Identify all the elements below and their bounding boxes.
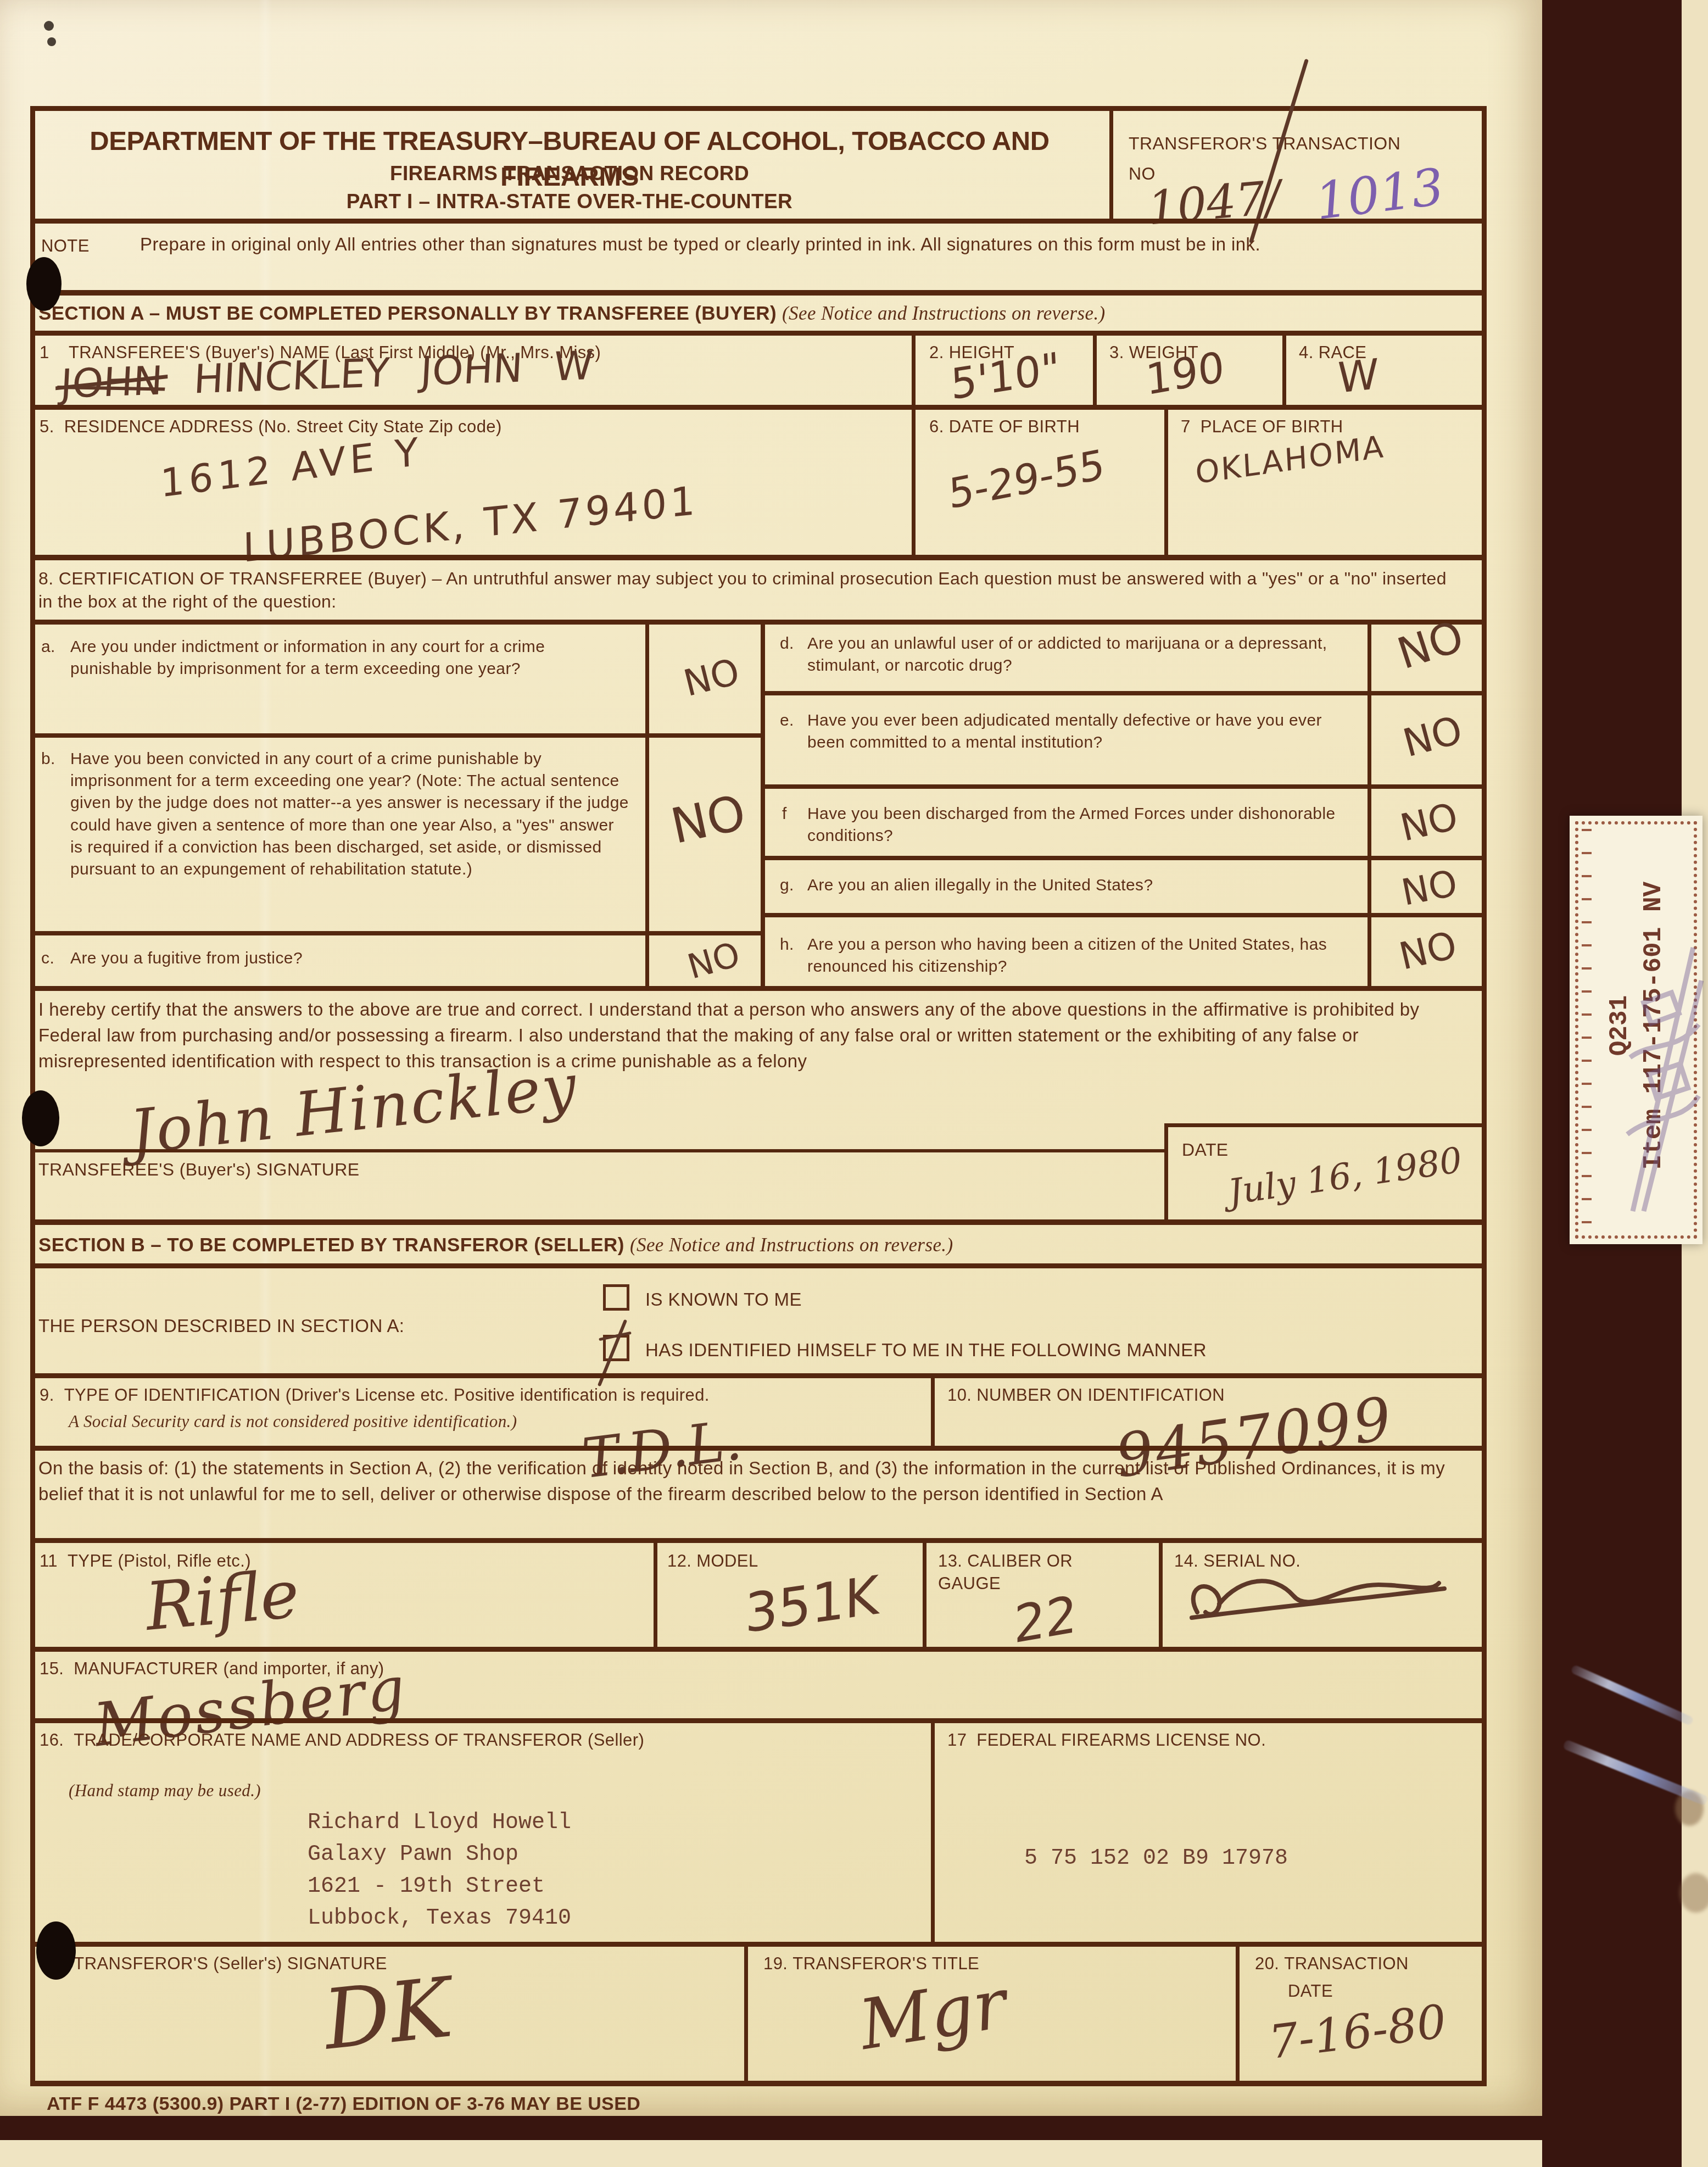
- grid-line: [1282, 331, 1286, 405]
- grid-line: [30, 1263, 1487, 1268]
- question-c-id: c.: [41, 948, 54, 970]
- answer-h: NO: [1395, 923, 1460, 978]
- grid-line: [30, 2081, 1487, 2086]
- certification-intro: 8. CERTIFICATION OF TRANSFERREE (Buyer) …: [38, 567, 1455, 613]
- seller-line: 1621 - 19th Street: [308, 1871, 571, 1903]
- grid-line: [1159, 1538, 1163, 1647]
- grid-line: [30, 1942, 1487, 1947]
- field-7-label: 7 PLACE OF BIRTH: [1181, 416, 1343, 438]
- option-identified-label: HAS IDENTIFIED HIMSELF TO ME IN THE FOLL…: [645, 1338, 1207, 1362]
- option-known-label: IS KNOWN TO ME: [645, 1288, 802, 1312]
- field-16-label: 16. TRADE/CORPORATE NAME AND ADDRESS OF …: [40, 1729, 907, 1752]
- dob-value: 5-29-55: [947, 441, 1106, 519]
- grid-line: [30, 1718, 1487, 1723]
- section-a-heading: SECTION A – MUST BE COMPLETED PERSONALLY…: [38, 301, 1466, 326]
- answer-c: NO: [683, 934, 745, 987]
- field-1-no: 1: [40, 342, 49, 364]
- grid-line: [1164, 405, 1168, 555]
- seller-name-address: Richard Lloyd Howell Galaxy Pawn Shop 16…: [308, 1807, 571, 1935]
- caliber-value: 22: [1014, 1584, 1077, 1655]
- form-subtitle: PART I – INTRA-STATE OVER-THE-COUNTER: [34, 188, 1105, 215]
- answer-g: NO: [1398, 862, 1461, 914]
- basis-text: On the basis of: (1) the statements in S…: [38, 1456, 1455, 1507]
- grid-line: [931, 1718, 935, 1942]
- certify-text: I hereby certify that the answers to the…: [38, 997, 1450, 1074]
- grid-line: [761, 856, 1486, 860]
- question-a-text: Are you under indictment or information …: [70, 636, 625, 680]
- field-5-label: 5. RESIDENCE ADDRESS (No. Street City St…: [40, 416, 896, 438]
- grid-line: [1164, 1123, 1487, 1127]
- seller-line: Lubbock, Texas 79410: [308, 1903, 571, 1935]
- question-b-text: Have you been convicted in any court of …: [70, 748, 630, 881]
- buyer-date-label: DATE: [1182, 1138, 1229, 1161]
- question-h-id: h.: [780, 934, 794, 956]
- question-e-text: Have you ever been adjudicated mentally …: [807, 710, 1357, 754]
- grid-line: [30, 219, 1487, 224]
- section-b-heading-text: SECTION B – TO BE COMPLETED BY TRANSFERO…: [38, 1234, 630, 1256]
- field-6-label: 6. DATE OF BIRTH: [929, 416, 1080, 438]
- grid-line: [1482, 106, 1487, 2086]
- screw-mark: [47, 37, 56, 46]
- question-g-id: g.: [780, 874, 794, 896]
- scanned-document-photo: DEPARTMENT OF THE TREASURY–BUREAU OF ALC…: [0, 0, 1708, 2167]
- field-13-label: 13. CALIBER OR GAUGE: [938, 1550, 1119, 1595]
- seller-signature: DK: [320, 1960, 456, 2068]
- grid-line: [1093, 331, 1097, 405]
- field-20-label: 20. TRANSACTION: [1255, 1953, 1409, 1975]
- grid-line: [912, 405, 916, 555]
- serial-scribble: [1181, 1560, 1455, 1642]
- seller-line: Richard Lloyd Howell: [308, 1807, 571, 1839]
- checkbox-is-known: [603, 1284, 629, 1311]
- grid-line: [1367, 620, 1371, 986]
- note-text: Prepare in original only All entries oth…: [140, 232, 1420, 257]
- grid-line: [30, 405, 1487, 410]
- question-c-text: Are you a fugitive from justice?: [70, 948, 625, 970]
- grid-line: [30, 331, 1487, 336]
- backing-board-bottom: [0, 2116, 1682, 2140]
- grid-line: [654, 1538, 657, 1647]
- section-b-heading-note: (See Notice and Instructions on reverse.…: [630, 1234, 953, 1256]
- model-value: 351K: [745, 1564, 879, 1645]
- grid-line: [1109, 106, 1113, 222]
- type-value: Rifle: [142, 1556, 302, 1646]
- field-12-label: 12. MODEL: [667, 1550, 758, 1573]
- grid-line: [1164, 1123, 1168, 1222]
- answer-a: NO: [679, 650, 744, 705]
- note-label: NOTE: [41, 235, 90, 258]
- name-struck: JOHN: [59, 357, 164, 407]
- answer-b: NO: [666, 784, 751, 855]
- screw-mark: [44, 21, 54, 31]
- field-9-label: 9. TYPE OF IDENTIFICATION (Driver's Lice…: [40, 1384, 907, 1407]
- grid-line: [30, 290, 1487, 296]
- hole-punch: [26, 257, 62, 311]
- hole-punch: [22, 1090, 59, 1146]
- form-title: FIREARMS TRANSACTION RECORD: [34, 160, 1105, 187]
- seller-title-value: Mgr: [854, 1964, 1012, 2065]
- field-9-label2: A Social Security card is not considered…: [69, 1411, 892, 1433]
- grid-line: [30, 1149, 1167, 1152]
- form-footer: ATF F 4473 (5300.9) PART I (2-77) EDITIO…: [47, 2092, 640, 2116]
- stamp-overlay: [1622, 915, 1704, 1222]
- field-17-label: 17 FEDERAL FIREARMS LICENSE NO.: [947, 1729, 1266, 1752]
- ffl-value: 5 75 152 02 B9 17978: [1024, 1843, 1288, 1875]
- grid-line: [761, 784, 1486, 789]
- grid-line: [761, 913, 1486, 917]
- grid-line: [912, 331, 916, 405]
- answer-e: NO: [1398, 707, 1467, 766]
- question-a-id: a.: [41, 636, 55, 658]
- question-f-text: Have you been discharged from the Armed …: [807, 803, 1357, 847]
- grid-line: [30, 733, 765, 738]
- transaction-no-label: TRANSFEROR'S TRANSACTION: [1129, 132, 1400, 155]
- evidence-label: Q231 Item 117-175-601 NV: [1570, 816, 1703, 1244]
- grid-line: [30, 1647, 1487, 1652]
- transaction-date-value: 7-16-80: [1266, 1995, 1449, 2070]
- grid-line: [1236, 1942, 1240, 2086]
- question-f-id: f: [782, 803, 787, 825]
- question-d-id: d.: [780, 633, 794, 655]
- hole-punch: [36, 1921, 76, 1980]
- grid-line: [931, 1373, 935, 1447]
- field-20-label2: DATE: [1288, 1980, 1333, 2003]
- grid-line: [923, 1538, 926, 1647]
- grid-line: [761, 691, 1486, 695]
- field-16-label2: (Hand stamp may be used.): [69, 1780, 261, 1802]
- grid-line: [30, 106, 1487, 111]
- grid-line: [30, 620, 1487, 625]
- section-a-heading-note: (See Notice and Instructions on reverse.…: [782, 303, 1106, 324]
- question-d-text: Are you an unlawful user of or addicted …: [807, 633, 1357, 677]
- seller-line: Galaxy Pawn Shop: [308, 1839, 571, 1871]
- form-paper: DEPARTMENT OF THE TREASURY–BUREAU OF ALC…: [0, 0, 1542, 2116]
- grid-line: [30, 1219, 1487, 1225]
- grid-line: [30, 1538, 1487, 1543]
- buyer-date-value: July 16, 1980: [1226, 1140, 1465, 1213]
- grid-line: [30, 1446, 1487, 1451]
- race-value: W: [1337, 349, 1378, 403]
- section-a-heading-text: SECTION A – MUST BE COMPLETED PERSONALLY…: [38, 303, 782, 324]
- question-b-id: b.: [41, 748, 55, 770]
- question-g-text: Are you an alien illegally in the United…: [807, 874, 1357, 896]
- grid-line: [30, 986, 1487, 991]
- section-b-heading: SECTION B – TO BE COMPLETED BY TRANSFERO…: [38, 1233, 1466, 1258]
- person-described-label: THE PERSON DESCRIBED IN SECTION A:: [38, 1314, 404, 1338]
- ruler-ticks: [1582, 829, 1592, 1231]
- answer-f: NO: [1396, 795, 1461, 850]
- grid-line: [30, 931, 765, 935]
- buyer-signature-label: TRANSFEREE'S (Buyer's) SIGNATURE: [38, 1158, 360, 1181]
- field-10-label: 10. NUMBER ON IDENTIFICATION: [947, 1384, 1225, 1407]
- question-e-id: e.: [780, 710, 794, 732]
- question-h-text: Are you a person who having been a citiz…: [807, 934, 1357, 978]
- address-line1: 1612 AVE Y: [159, 429, 423, 506]
- grid-line: [30, 1373, 1487, 1378]
- stain: [1679, 1873, 1708, 1913]
- grid-line: [744, 1942, 748, 2086]
- grid-line: [30, 555, 1487, 560]
